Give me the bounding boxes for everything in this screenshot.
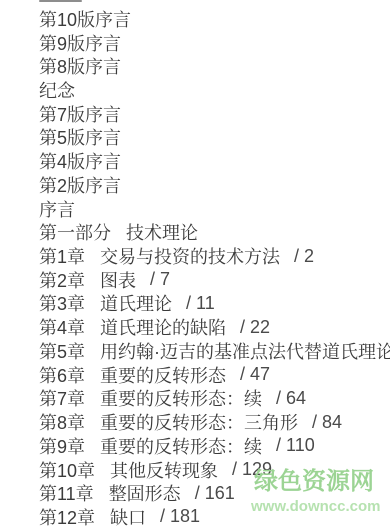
chapter-label: 第11章 — [39, 480, 94, 506]
chapter-title: 交易与投资的技术方法 — [100, 243, 280, 269]
chapter-title: 图表 — [100, 267, 136, 293]
chapter-title: 用约翰·迈吉的基准点法代替道氏理论 — [100, 338, 390, 364]
toc-part-header: 第一部分 技术理论 — [39, 220, 390, 244]
toc-chapter-row: 第1章 交易与投资的技术方法 / 2 — [39, 244, 390, 268]
chapter-label: 第3章 — [39, 290, 85, 316]
chapter-label: 第2章 — [39, 267, 85, 293]
toc-chapter-row: 第4章 道氏理论的缺陷 / 22 — [39, 315, 390, 339]
toc-chapter-row: 第10章 其他反转现象 / 129 — [39, 458, 390, 482]
chapter-page-number: / 47 — [240, 364, 270, 385]
chapter-title: 其他反转现象 — [110, 457, 218, 483]
chapter-label: 第1章 — [39, 243, 85, 269]
chapter-page-number: / 11 — [186, 293, 215, 314]
chapter-page-number: / 22 — [240, 317, 270, 338]
toc-entry-preface-4: 第4版序言 — [39, 149, 390, 173]
chapter-label: 第4章 — [39, 314, 85, 340]
toc-entry-preface-8: 第8版序言 — [39, 54, 390, 78]
chapter-page-number: / 129 — [232, 459, 272, 480]
toc-entry-text: 第9版序言 — [39, 30, 121, 56]
toc-entry-text: 第5版序言 — [39, 124, 121, 150]
chapter-page-number: / 84 — [312, 412, 342, 433]
toc-chapter-row: 第5章 用约翰·迈吉的基准点法代替道氏理论 / 34 — [39, 339, 390, 363]
toc-chapter-row: 第9章 重要的反转形态：续 / 110 — [39, 434, 390, 458]
toc-entry-text: 第8版序言 — [39, 53, 121, 79]
toc-entry-text: 第7版序言 — [39, 101, 121, 127]
toc-chapter-row: 第8章 重要的反转形态：三角形 / 84 — [39, 410, 390, 434]
chapter-page-number: / 181 — [160, 506, 200, 527]
toc-chapter-row: 第12章 缺口 / 181 — [39, 505, 390, 527]
toc-chapter-row: 第11章 整固形态 / 161 — [39, 481, 390, 505]
toc-entry-text: 第2版序言 — [39, 172, 121, 198]
chapter-label: 第9章 — [39, 433, 85, 459]
toc-entry-preface-9: 第9版序言 — [39, 31, 390, 55]
toc-entry-memorial: 纪念 — [39, 78, 390, 102]
chapter-title: 重要的反转形态：续 — [100, 385, 262, 411]
toc-entry-preface-10: 第10版序言 — [39, 7, 390, 31]
chapter-title: 重要的反转形态 — [100, 362, 226, 388]
chapter-label: 第8章 — [39, 409, 85, 435]
toc-entry-text: 序言 — [39, 196, 75, 222]
chapter-page-number: / 161 — [195, 483, 235, 504]
chapter-label: 第6章 — [39, 362, 85, 388]
toc-chapter-row: 第3章 道氏理论 / 11 — [39, 292, 390, 316]
chapter-label: 第7章 — [39, 385, 85, 411]
table-of-contents: 第10版序言 第9版序言 第8版序言 纪念 第7版序言 第5版序言 第4版序言 … — [0, 0, 390, 527]
toc-entry-text: 第4版序言 — [39, 148, 121, 174]
toc-entry-preface-7: 第7版序言 — [39, 102, 390, 126]
chapter-title: 道氏理论 — [100, 290, 172, 316]
toc-entry-preface-2: 第2版序言 — [39, 173, 390, 197]
part-label: 第一部分 — [39, 219, 111, 245]
chapter-page-number: / 64 — [276, 388, 306, 409]
chapter-title: 整固形态 — [109, 480, 181, 506]
toc-chapter-row: 第7章 重要的反转形态：续 / 64 — [39, 387, 390, 411]
toc-entry-preface: 序言 — [39, 197, 390, 221]
toc-chapter-row: 第2章 图表 / 7 — [39, 268, 390, 292]
chapter-title: 重要的反转形态：三角形 — [100, 409, 298, 435]
part-title: 技术理论 — [126, 219, 198, 245]
toc-entry-preface-5: 第5版序言 — [39, 126, 390, 150]
chapter-title: 道氏理论的缺陷 — [100, 314, 226, 340]
chapter-label: 第5章 — [39, 338, 85, 364]
chapter-title: 缺口 — [110, 504, 146, 527]
toc-chapter-row: 第6章 重要的反转形态 / 47 — [39, 363, 390, 387]
chapter-label: 第12章 — [39, 504, 95, 527]
toc-entry-text: 第10版序言 — [39, 6, 131, 32]
chapter-page-number: / 7 — [150, 269, 170, 290]
chapter-page-number: / 2 — [294, 246, 314, 267]
chapter-page-number: / 110 — [276, 435, 315, 456]
chapter-label: 第10章 — [39, 457, 95, 483]
chapter-title: 重要的反转形态：续 — [100, 433, 262, 459]
toc-entry-text: 纪念 — [39, 77, 75, 103]
